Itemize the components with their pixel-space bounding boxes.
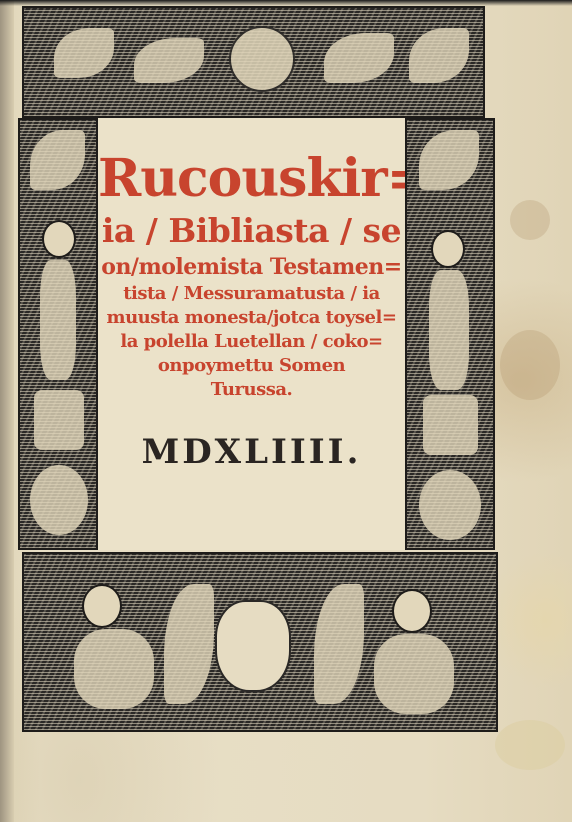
putto-right-icon <box>392 589 432 633</box>
left-woodcut-strip <box>18 118 98 550</box>
column-ornament <box>34 390 84 450</box>
book-page: Rucouskir= ia / Bibliasta / se on/molemi… <box>0 0 572 822</box>
foliage-ornament <box>419 130 479 190</box>
column-ornament <box>423 395 478 455</box>
foliage-ornament <box>314 584 364 704</box>
title-line-6: la polella Luetellan / coko= <box>98 330 405 354</box>
foliage-ornament <box>134 38 204 83</box>
title-line-2: ia / Bibliasta / se <box>98 210 405 252</box>
paper-stain <box>510 200 550 240</box>
putto-left-body <box>74 629 154 709</box>
paper-stain <box>495 720 565 770</box>
blank-shield-icon <box>215 600 291 692</box>
foliage-ornament <box>324 33 394 83</box>
page-gutter <box>0 0 14 822</box>
putto-figure-icon <box>42 220 76 258</box>
scroll-ornament <box>419 470 481 540</box>
foliage-ornament <box>164 584 214 704</box>
top-woodcut-border <box>22 6 485 118</box>
title-line-5: muusta monesta/jotca toysel= <box>98 306 405 330</box>
cherub-head-icon <box>229 26 295 92</box>
paper-stain <box>500 330 560 400</box>
foliage-ornament <box>409 28 469 83</box>
title-line-1: Rucouskir= <box>98 148 405 210</box>
putto-body <box>429 270 469 390</box>
publication-year: MDXLIIII. <box>98 432 405 472</box>
title-line-3: on/molemista Testamen= <box>98 252 405 282</box>
title-line-4: tista / Messuramatusta / ia <box>98 282 405 306</box>
foliage-ornament <box>54 28 114 78</box>
foliage-ornament <box>30 130 85 190</box>
putto-body <box>40 260 76 380</box>
title-line-7: onpoymettu Somen <box>98 354 405 378</box>
title-panel: Rucouskir= ia / Bibliasta / se on/molemi… <box>98 118 405 550</box>
putto-right-body <box>374 634 454 714</box>
putto-left-icon <box>82 584 122 628</box>
title-line-8: Turussa. <box>98 378 405 402</box>
scroll-ornament <box>30 465 88 535</box>
putto-figure-icon <box>431 230 465 268</box>
right-woodcut-strip <box>405 118 495 550</box>
